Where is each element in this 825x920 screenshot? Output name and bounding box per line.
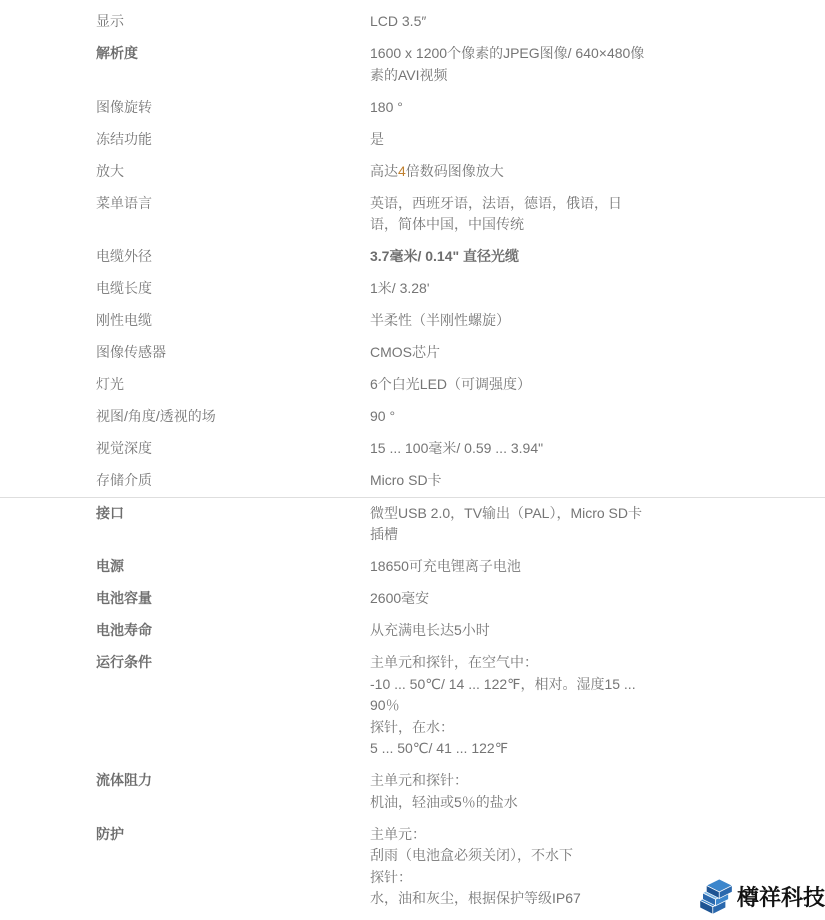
spec-row: 放大高达4倍数码图像放大 <box>96 161 825 183</box>
spec-value-line: 是 <box>370 129 670 151</box>
spec-value-line: 主单元和探针，在空气中： <box>370 652 670 674</box>
spec-value: 微型USB 2.0，TV输出（PAL），Micro SD卡插槽 <box>370 503 670 546</box>
spec-row: 菜单语言英语，西班牙语，法语，德语，俄语，日语，简体中国，中国传统 <box>96 193 825 236</box>
spec-row: 解析度1600 x 1200个像素的JPEG图像/ 640×480像素的AVI视… <box>96 43 825 86</box>
spec-row: 电池容量2600毫安 <box>96 588 825 610</box>
spec-label: 视觉深度 <box>96 438 370 460</box>
spec-value-line: 90％ <box>370 695 670 717</box>
spec-value: 从充满电长达5小时 <box>370 620 670 642</box>
spec-value-line: 英语，西班牙语，法语，德语，俄语，日 <box>370 193 670 215</box>
spec-value: 主单元：刮雨（电池盒必须关闭），不水下探针：水，油和灰尘，根据保护等级IP67 <box>370 824 670 910</box>
spec-value-line: 半柔性（半刚性螺旋） <box>370 310 670 332</box>
spec-value-line: 主单元： <box>370 824 670 846</box>
spec-value: 1600 x 1200个像素的JPEG图像/ 640×480像素的AVI视频 <box>370 43 670 86</box>
spec-value-line: 6个白光LED（可调强度） <box>370 374 670 396</box>
spec-label: 电池容量 <box>96 588 370 610</box>
spec-row: 刚性电缆半柔性（半刚性螺旋） <box>96 310 825 332</box>
spec-section-lower: 接口微型USB 2.0，TV输出（PAL），Micro SD卡插槽电源18650… <box>96 497 825 910</box>
spec-label: 放大 <box>96 161 370 183</box>
spec-value-line: 从充满电长达5小时 <box>370 620 670 642</box>
spec-value: 180 ° <box>370 97 670 119</box>
spec-value: 15 ... 100毫米/ 0.59 ... 3.94" <box>370 438 670 460</box>
stacked-layers-icon <box>698 876 735 919</box>
spec-value: 高达4倍数码图像放大 <box>370 161 670 183</box>
spec-label: 菜单语言 <box>96 193 370 215</box>
spec-value-line: 1600 x 1200个像素的JPEG图像/ 640×480像 <box>370 43 670 65</box>
spec-label: 灯光 <box>96 374 370 396</box>
spec-label: 视图/角度/透视的场 <box>96 406 370 428</box>
spec-value: 主单元和探针：机油，轻油或5％的盐水 <box>370 770 670 813</box>
spec-row: 电缆外径3.7毫米/ 0.14" 直径光缆 <box>96 246 825 268</box>
spec-value-line: 插槽 <box>370 524 670 546</box>
spec-value: 3.7毫米/ 0.14" 直径光缆 <box>370 246 670 268</box>
spec-value-line: Micro SD卡 <box>370 470 670 492</box>
spec-value-line: 180 ° <box>370 97 670 119</box>
spec-value-line: 5 ... 50℃/ 41 ... 122℉ <box>370 738 670 760</box>
spec-value: 英语，西班牙语，法语，德语，俄语，日语，简体中国，中国传统 <box>370 193 670 236</box>
brand-logo-text: 樽祥科技 <box>737 887 825 909</box>
spec-value: 是 <box>370 129 670 151</box>
spec-value-line: 水，油和灰尘，根据保护等级IP67 <box>370 888 670 910</box>
spec-value: Micro SD卡 <box>370 470 670 492</box>
spec-value-line: LCD 3.5″ <box>370 11 670 33</box>
spec-row: 冻结功能是 <box>96 129 825 151</box>
spec-value-line: 刮雨（电池盒必须关闭），不水下 <box>370 845 670 867</box>
spec-value-line: 1米/ 3.28' <box>370 278 670 300</box>
spec-label: 运行条件 <box>96 652 370 674</box>
spec-row: 灯光6个白光LED（可调强度） <box>96 374 825 396</box>
spec-row: 视图/角度/透视的场90 ° <box>96 406 825 428</box>
spec-value: 90 ° <box>370 406 670 428</box>
spec-row: 视觉深度15 ... 100毫米/ 0.59 ... 3.94" <box>96 438 825 460</box>
spec-label: 电缆外径 <box>96 246 370 268</box>
spec-value: 1米/ 3.28' <box>370 278 670 300</box>
spec-label: 电缆长度 <box>96 278 370 300</box>
spec-section-upper: 显示LCD 3.5″解析度1600 x 1200个像素的JPEG图像/ 640×… <box>96 11 825 492</box>
spec-row: 存储介质Micro SD卡 <box>96 470 825 492</box>
brand-watermark: 樽祥科技 <box>694 876 825 919</box>
spec-value-line: 微型USB 2.0，TV输出（PAL），Micro SD卡 <box>370 503 670 525</box>
spec-label: 流体阻力 <box>96 770 370 792</box>
spec-row: 电源18650可充电锂离子电池 <box>96 556 825 578</box>
spec-value-line: 机油，轻油或5％的盐水 <box>370 792 670 814</box>
spec-value-line: 18650可充电锂离子电池 <box>370 556 670 578</box>
spec-label: 冻结功能 <box>96 129 370 151</box>
spec-label: 电池寿命 <box>96 620 370 642</box>
spec-value: CMOS芯片 <box>370 342 670 364</box>
spec-value-line: 2600毫安 <box>370 588 670 610</box>
spec-label: 图像传感器 <box>96 342 370 364</box>
spec-table: 显示LCD 3.5″解析度1600 x 1200个像素的JPEG图像/ 640×… <box>0 0 825 910</box>
spec-label: 存储介质 <box>96 470 370 492</box>
spec-value-line: 15 ... 100毫米/ 0.59 ... 3.94" <box>370 438 670 460</box>
spec-value-line: 主单元和探针： <box>370 770 670 792</box>
spec-value: 半柔性（半刚性螺旋） <box>370 310 670 332</box>
spec-label: 电源 <box>96 556 370 578</box>
spec-value-line: 探针，在水： <box>370 717 670 739</box>
spec-label: 显示 <box>96 11 370 33</box>
spec-label: 图像旋转 <box>96 97 370 119</box>
spec-value-line: 探针： <box>370 867 670 889</box>
spec-value-text: 倍数码图像放大 <box>406 163 504 179</box>
spec-row: 电缆长度1米/ 3.28' <box>96 278 825 300</box>
spec-value-line: 语，简体中国，中国传统 <box>370 214 670 236</box>
spec-value-line: 90 ° <box>370 406 670 428</box>
spec-label: 解析度 <box>96 43 370 65</box>
spec-value-line: -10 ... 50℃/ 14 ... 122℉，相对。湿度15 ... <box>370 674 670 696</box>
spec-row: 流体阻力主单元和探针：机油，轻油或5％的盐水 <box>96 770 825 813</box>
spec-value: 18650可充电锂离子电池 <box>370 556 670 578</box>
spec-value: 2600毫安 <box>370 588 670 610</box>
spec-row: 接口微型USB 2.0，TV输出（PAL），Micro SD卡插槽 <box>96 503 825 546</box>
highlighted-text: 4 <box>398 163 406 179</box>
spec-value-line: 高达4倍数码图像放大 <box>370 161 670 183</box>
spec-value-line: 素的AVI视频 <box>370 65 670 87</box>
spec-label: 接口 <box>96 503 370 525</box>
spec-value: LCD 3.5″ <box>370 11 670 33</box>
spec-value-line: CMOS芯片 <box>370 342 670 364</box>
spec-value-text: 高达 <box>370 163 398 179</box>
spec-label: 刚性电缆 <box>96 310 370 332</box>
spec-row: 显示LCD 3.5″ <box>96 11 825 33</box>
spec-value: 6个白光LED（可调强度） <box>370 374 670 396</box>
spec-value-line: 3.7毫米/ 0.14" 直径光缆 <box>370 246 670 268</box>
spec-value: 主单元和探针，在空气中：-10 ... 50℃/ 14 ... 122℉，相对。… <box>370 652 670 760</box>
spec-label: 防护 <box>96 824 370 846</box>
spec-row: 电池寿命从充满电长达5小时 <box>96 620 825 642</box>
spec-row: 图像旋转180 ° <box>96 97 825 119</box>
spec-row: 运行条件主单元和探针，在空气中：-10 ... 50℃/ 14 ... 122℉… <box>96 652 825 760</box>
spec-row: 图像传感器CMOS芯片 <box>96 342 825 364</box>
